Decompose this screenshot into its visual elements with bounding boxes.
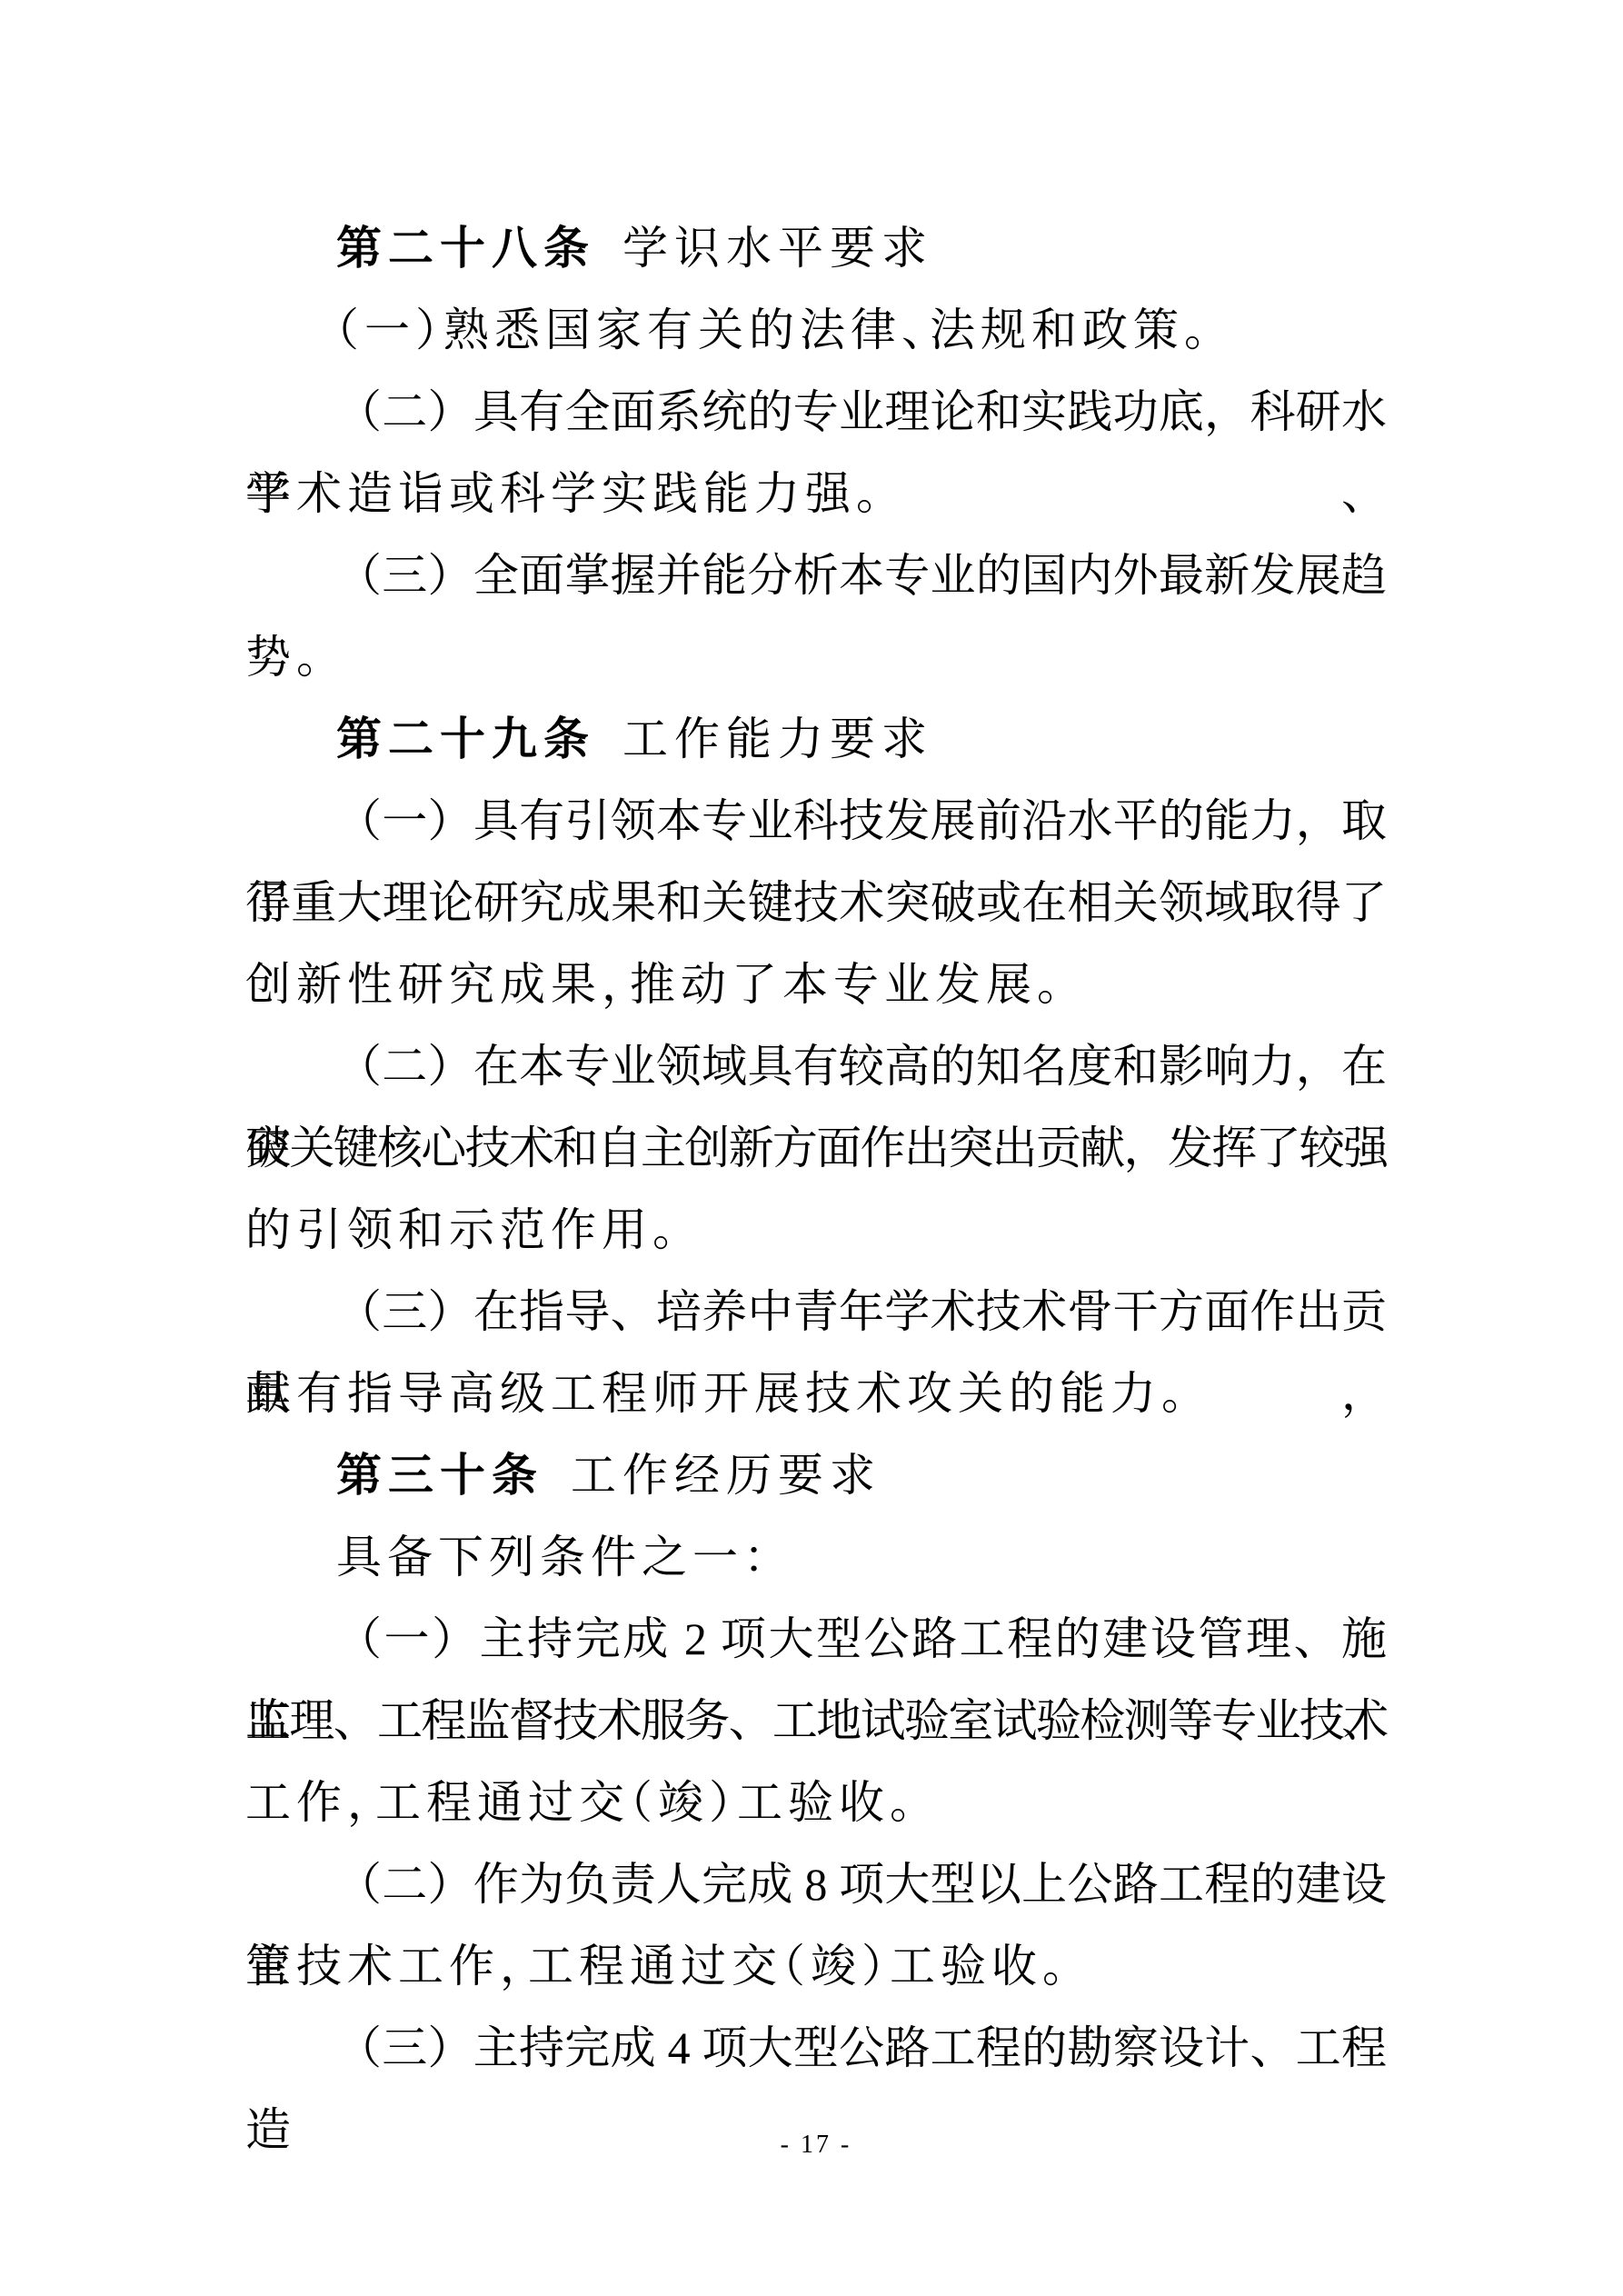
text-line: 监理、工程监督技术服务、工地试验室试验检测等专业技术 [245,1680,1387,1762]
article-heading-line: 第二十八条学识水平要求 [245,207,1387,289]
article-number: 第三十条 [336,1450,543,1501]
line-text: 具有指导高级工程师开展技术攻关的能力。 [245,1368,1190,1419]
line-text: 破关键核心技术和自主创新方面作出突出贡献，发挥了较强 [245,1123,1387,1173]
text-line: 势。 [245,616,1387,698]
text-line: （二）作为负责人完成 8 项大型以上公路工程的建设主 [245,1843,1387,1925]
line-text: （一）熟悉国家有关的法律、法规和政策。 [336,304,1212,355]
document-page: 第二十八条学识水平要求（一）熟悉国家有关的法律、法规和政策。（二）具有全面系统的… [0,0,1623,2296]
text-line: 破关键核心技术和自主创新方面作出突出贡献，发挥了较强 [245,1107,1387,1189]
line-text: 的引领和示范作用。 [245,1204,681,1255]
line-text: 了重大理论研究成果和关键技术突破或在相关领域取得了 [245,877,1387,928]
text-line: （三）在指导、培养中青年学术技术骨干方面作出贡献， [245,1271,1387,1353]
line-text: 工作能力要求 [622,714,933,764]
line-text: 学识水平要求 [622,223,933,274]
text-line: （三）主持完成 4 项大型公路工程的勘察设计、工程造 [245,2007,1387,2089]
document-body: 第二十八条学识水平要求（一）熟悉国家有关的法律、法规和政策。（二）具有全面系统的… [245,207,1387,2089]
line-text: 工作经历要求 [571,1450,881,1501]
line-text: 创新性研究成果，推动了本专业发展。 [245,959,1065,1010]
article-heading-line: 第二十九条工作能力要求 [245,698,1387,780]
line-text: 工作，工程通过交（竣）工验收。 [245,1777,918,1828]
text-line: （一）熟悉国家有关的法律、法规和政策。 [245,289,1387,371]
text-line: （一）主持完成 2 项大型公路工程的建设管理、施工、 [245,1598,1387,1680]
text-line: 创新性研究成果，推动了本专业发展。 [245,943,1387,1025]
line-text: 势。 [245,632,324,683]
text-line: （二）具有全面系统的专业理论和实践功底，科研水平、 [245,371,1387,453]
line-text: 监理、工程监督技术服务、工地试验室试验检测等专业技术 [245,1695,1387,1746]
page-number: - 17 - [245,2127,1387,2163]
text-line: （二）在本专业领域具有较高的知名度和影响力，在突 [245,1025,1387,1107]
line-text: 具备下列条件之一： [336,1532,772,1582]
article-number: 第二十九条 [336,714,595,764]
article-number: 第二十八条 [336,223,595,274]
text-line: （一）具有引领本专业科技发展前沿水平的能力，取得 [245,780,1387,862]
text-line: 管技术工作，工程通过交（竣）工验收。 [245,1925,1387,2007]
line-text: 学术造诣或科学实践能力强。 [245,468,884,519]
text-line: 工作，工程通过交（竣）工验收。 [245,1762,1387,1843]
line-text: （三）全面掌握并能分析本专业的国内外最新发展趋 [336,550,1387,601]
text-line: 的引领和示范作用。 [245,1189,1387,1271]
text-line: （三）全面掌握并能分析本专业的国内外最新发展趋 [245,534,1387,616]
line-text: 管技术工作，工程通过交（竣）工验收。 [245,1941,1070,1992]
text-line: 了重大理论研究成果和关键技术突破或在相关领域取得了 [245,862,1387,943]
article-heading-line: 第三十条工作经历要求 [245,1434,1387,1516]
text-line: 具备下列条件之一： [245,1516,1387,1598]
